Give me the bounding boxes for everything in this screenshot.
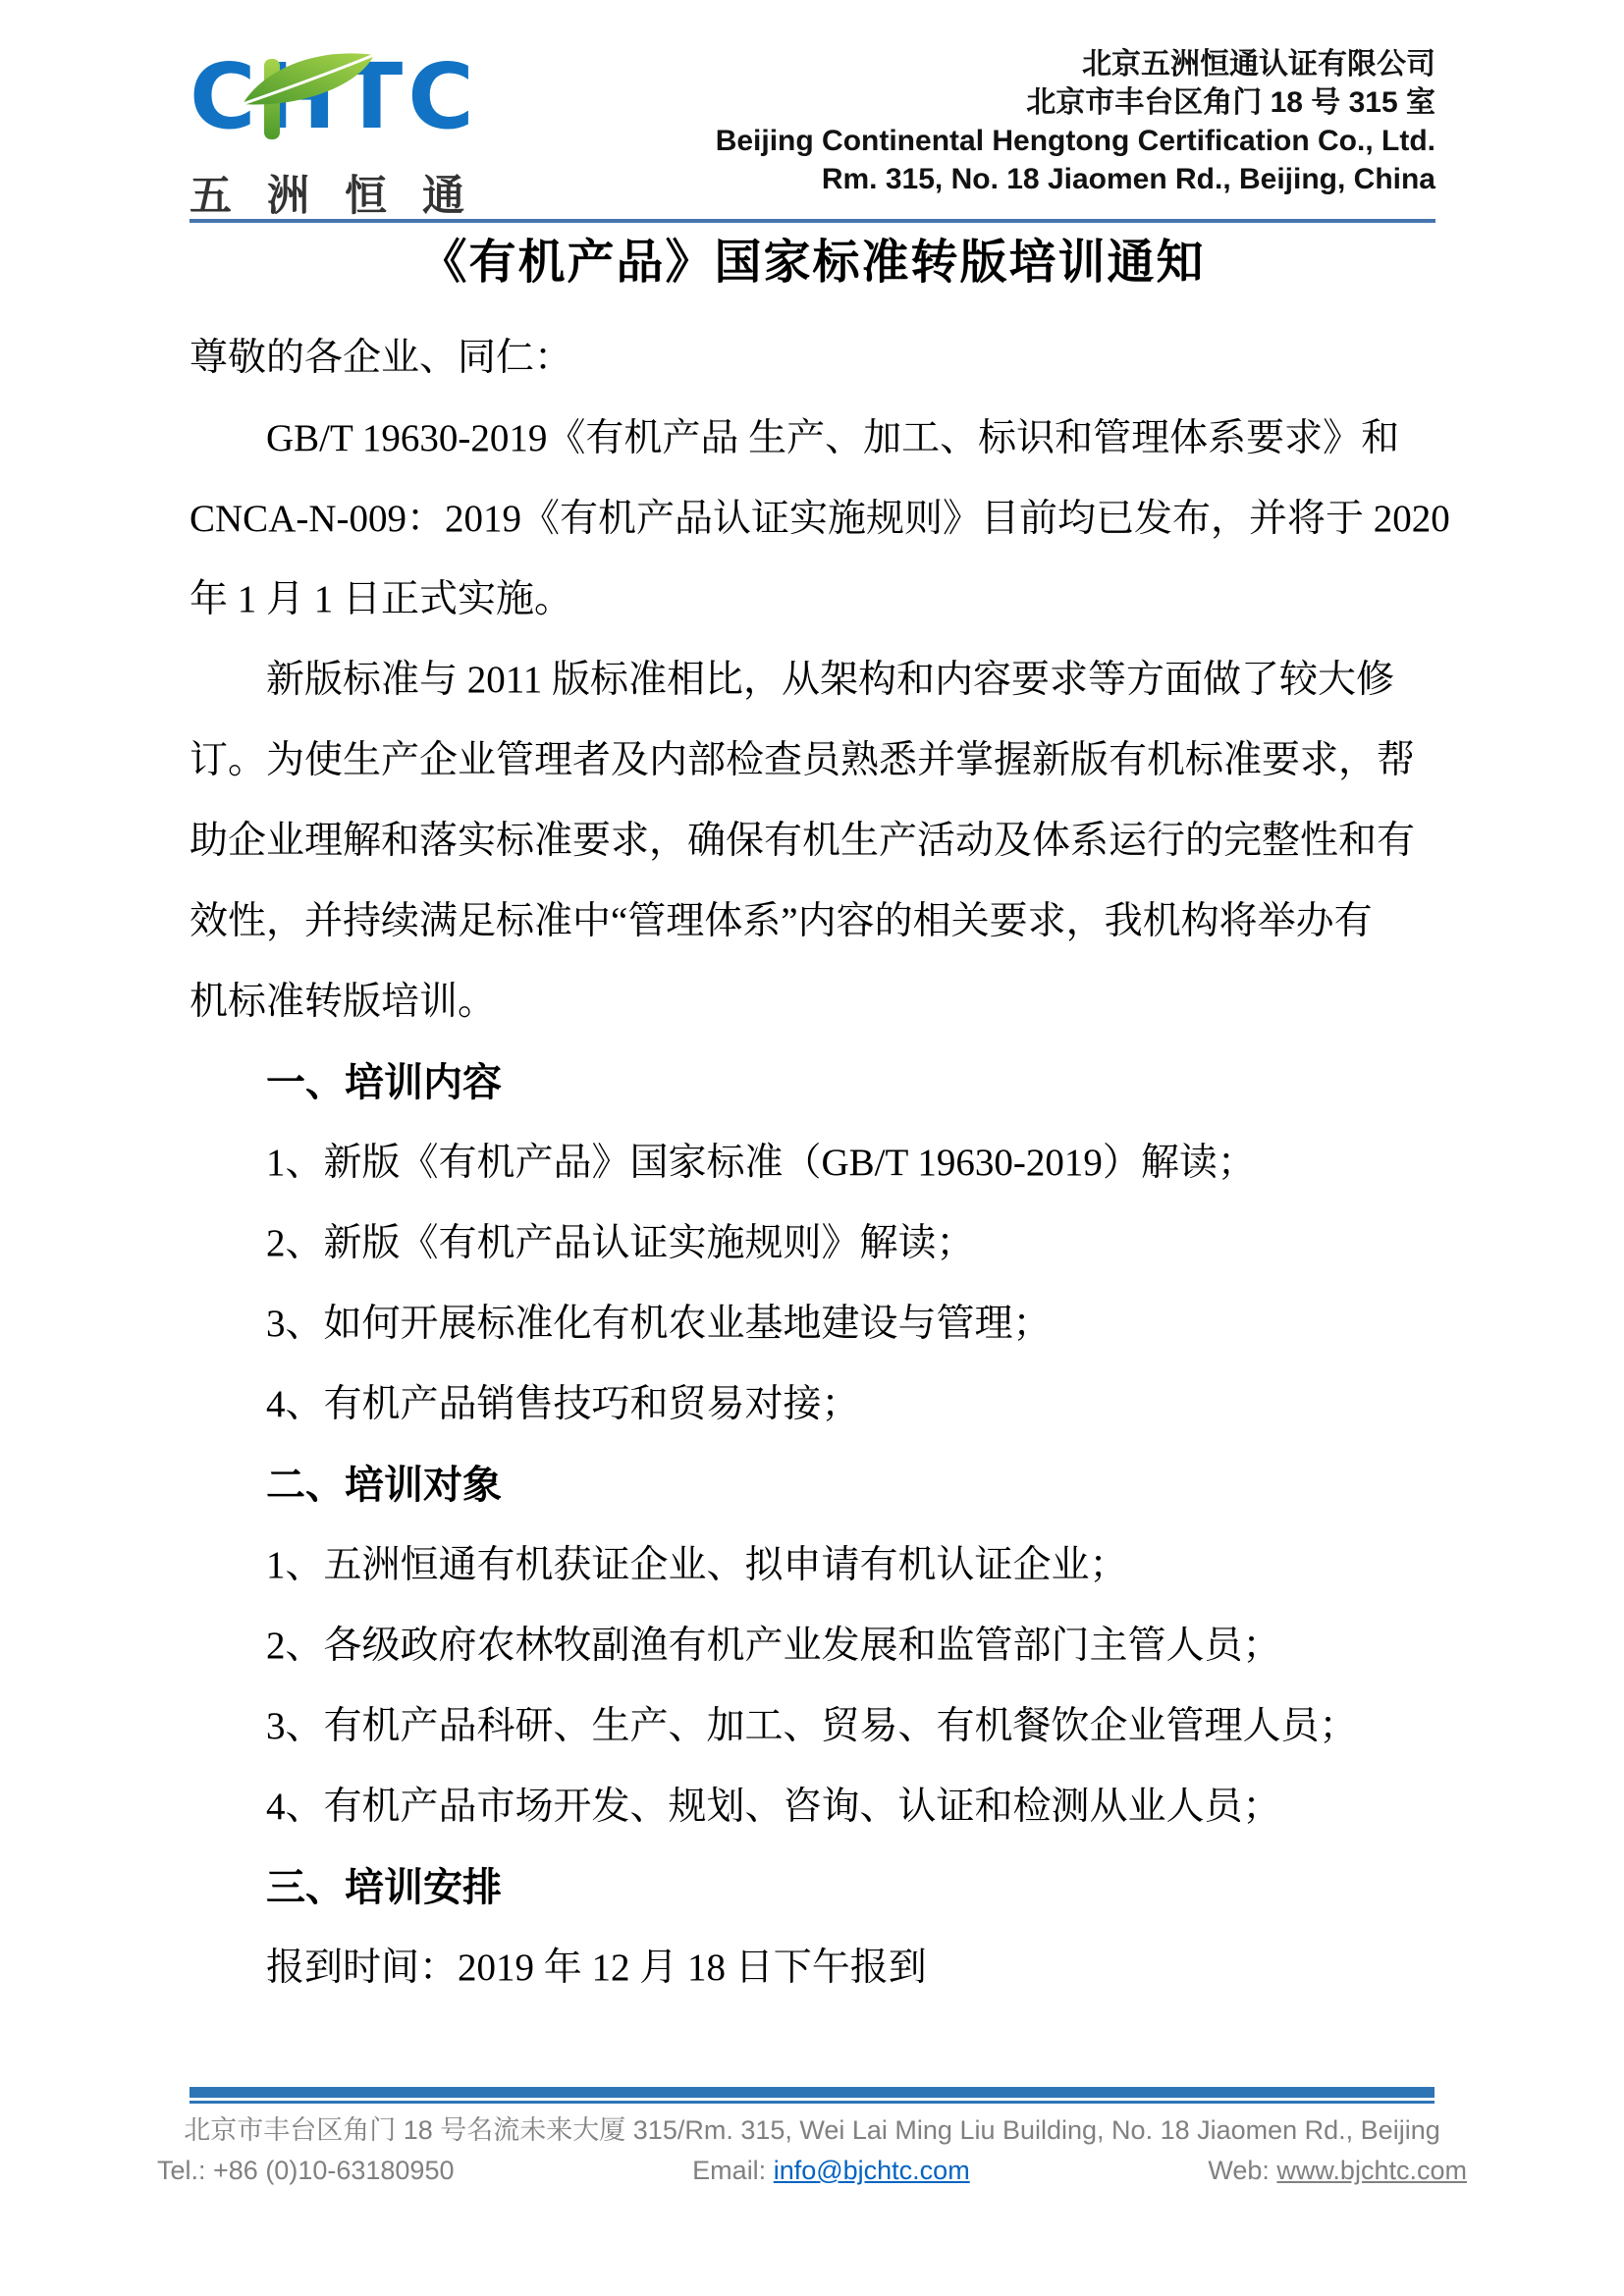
body-line: 年 1 月 1 日正式实施。 (189, 560, 1435, 640)
footer-divider-thin-bar (189, 2101, 1435, 2104)
footer-email-link[interactable]: info@bjchtc.com (774, 2156, 970, 2185)
footer-contacts: Tel.: +86 (0)10-63180950 Email: info@bjc… (157, 2152, 1467, 2189)
page-footer: 北京市丰台区角门 18 号名流未来大厦 315/Rm. 315, Wei Lai… (157, 2087, 1467, 2189)
body-line: 2、新版《有机产品认证实施规则》解读； (189, 1203, 1435, 1284)
logo-chinese-name: 五洲恒通 (189, 163, 494, 223)
company-name-cn: 北京五洲恒通认证有限公司 (716, 45, 1435, 83)
page-header: CHTC 五洲恒通 (189, 37, 1435, 223)
company-address-cn: 北京市丰台区角门 18 号 315 室 (716, 83, 1435, 122)
body-line: 3、如何开展标准化有机农业基地建设与管理； (189, 1284, 1435, 1364)
company-name-en: Beijing Continental Hengtong Certificati… (716, 122, 1435, 160)
footer-email-group: Email: info@bjchtc.com (692, 2152, 970, 2189)
body-line: 3、有机产品科研、生产、加工、贸易、有机餐饮企业管理人员； (189, 1686, 1435, 1767)
company-logo: CHTC 五洲恒通 (189, 37, 494, 223)
document-body: 尊敬的各企业、同仁：GB/T 19630-2019《有机产品 生产、加工、标识和… (189, 318, 1435, 2008)
body-line: 4、有机产品市场开发、规划、咨询、认证和检测从业人员； (189, 1767, 1435, 1847)
body-line: 2、各级政府农林牧副渔有机产业发展和监管部门主管人员； (189, 1606, 1435, 1686)
footer-web-link[interactable]: www.bjchtc.com (1276, 2156, 1467, 2185)
leaf-icon (235, 39, 382, 112)
body-line: GB/T 19630-2019《有机产品 生产、加工、标识和管理体系要求》和 (189, 399, 1435, 479)
company-info: 北京五洲恒通认证有限公司 北京市丰台区角门 18 号 315 室 Beijing… (716, 37, 1435, 198)
company-address-en: Rm. 315, No. 18 Jiaomen Rd., Beijing, Ch… (716, 160, 1435, 198)
footer-web-group: Web: www.bjchtc.com (1208, 2152, 1467, 2189)
footer-address: 北京市丰台区角门 18 号名流未来大厦 315/Rm. 315, Wei Lai… (157, 2112, 1467, 2148)
footer-divider (189, 2087, 1435, 2104)
footer-telephone: Tel.: +86 (0)10-63180950 (157, 2152, 454, 2189)
section-heading: 一、培训内容 (189, 1042, 1435, 1123)
body-line: 尊敬的各企业、同仁： (189, 318, 1435, 399)
document-title: 《有机产品》国家标准转版培训通知 (189, 232, 1435, 294)
body-line: 4、有机产品销售技巧和贸易对接； (189, 1364, 1435, 1445)
body-line: 报到时间：2019 年 12 月 18 日下午报到 (189, 1928, 1435, 2008)
footer-web-label: Web: (1208, 2156, 1270, 2185)
section-heading: 三、培训安排 (189, 1847, 1435, 1928)
body-line: 助企业理解和落实标准要求，确保有机生产活动及体系运行的完整性和有 (189, 801, 1435, 881)
section-heading: 二、培训对象 (189, 1445, 1435, 1525)
body-line: 效性，并持续满足标准中“管理体系”内容的相关要求，我机构将举办有 (189, 881, 1435, 962)
footer-email-label: Email: (692, 2156, 766, 2185)
header-divider (189, 219, 1435, 223)
footer-divider-thick-bar (189, 2087, 1435, 2098)
body-line: CNCA-N-009：2019《有机产品认证实施规则》目前均已发布，并将于 20… (189, 479, 1435, 560)
body-line: 机标准转版培训。 (189, 962, 1435, 1042)
body-line: 订。为使生产企业管理者及内部检查员熟悉并掌握新版有机标准要求，帮 (189, 721, 1435, 801)
body-line: 新版标准与 2011 版标准相比，从架构和内容要求等方面做了较大修 (189, 640, 1435, 721)
document-page: CHTC 五洲恒通 (0, 0, 1624, 2296)
logo-mark: CHTC (189, 43, 494, 159)
body-line: 1、五洲恒通有机获证企业、拟申请有机认证企业； (189, 1525, 1435, 1606)
body-line: 1、新版《有机产品》国家标准（GB/T 19630-2019）解读； (189, 1123, 1435, 1203)
